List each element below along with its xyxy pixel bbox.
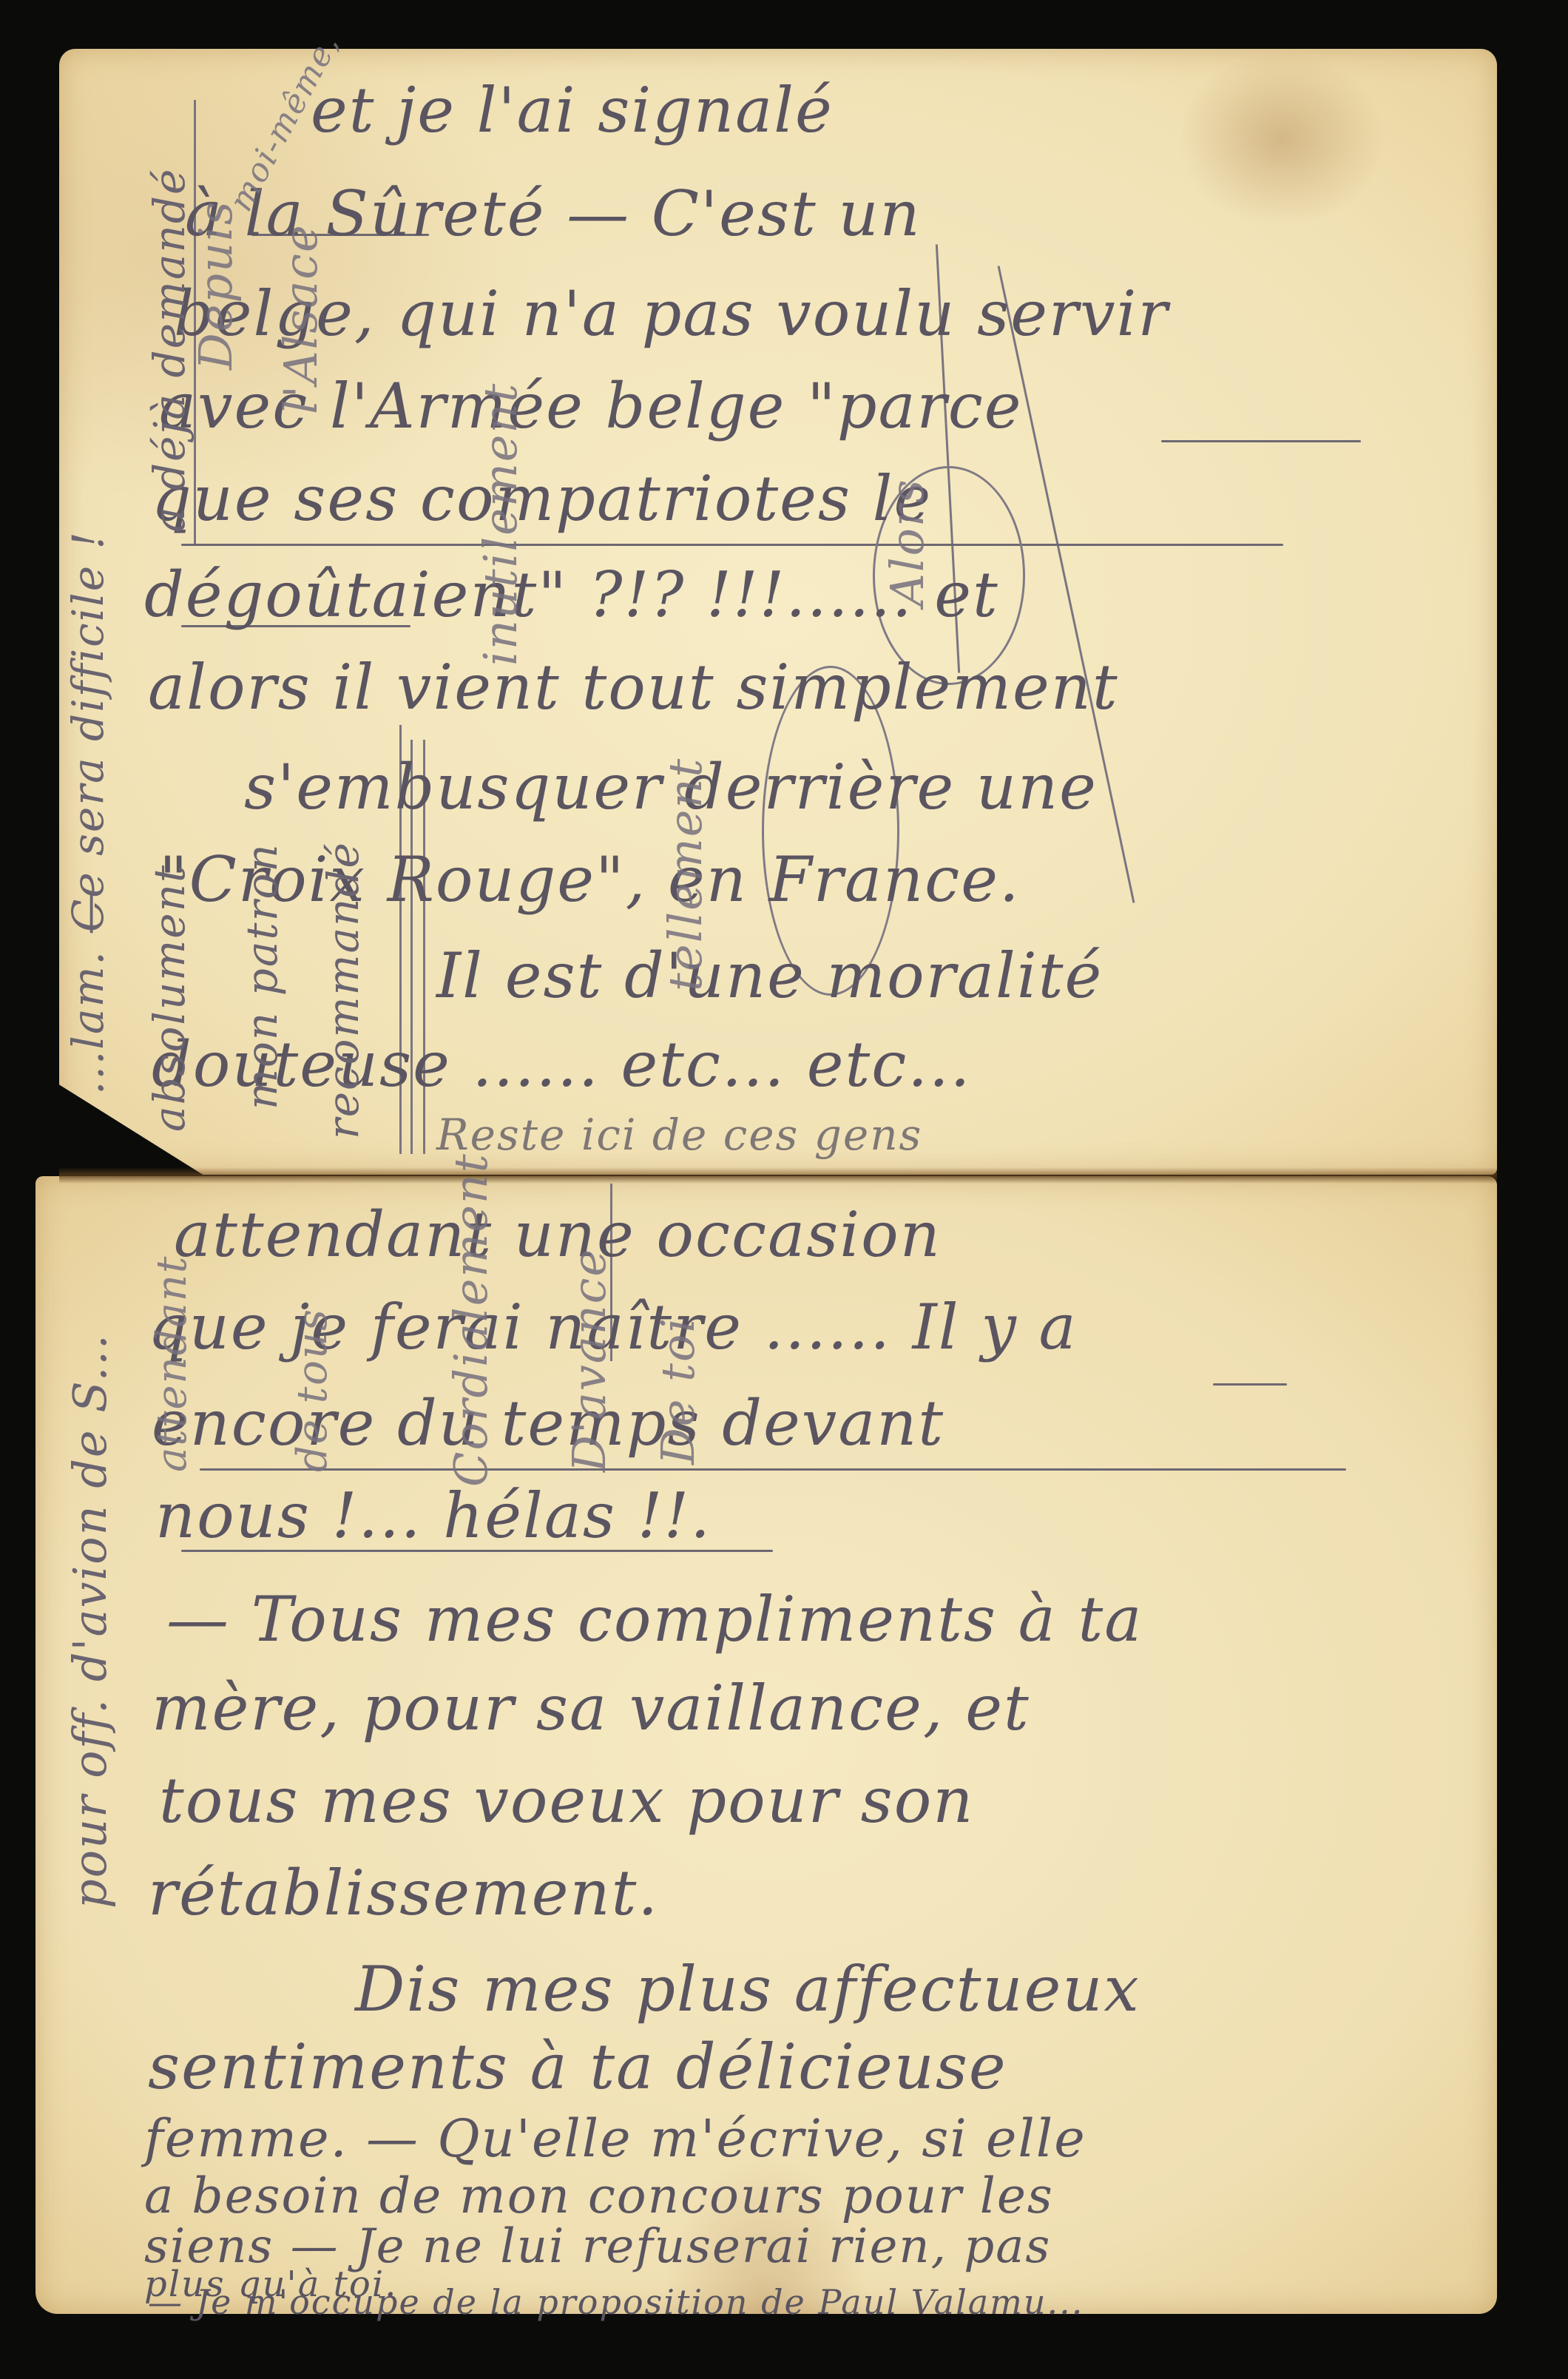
letter-line: Il est d'une moralité xyxy=(436,939,1103,1012)
cross-written-vertical: D'avance xyxy=(562,1248,616,1472)
cross-written-vertical: inutilement xyxy=(473,382,527,666)
letter-line-signature: — Je m'occupe de la proposition de Paul … xyxy=(148,2282,1084,2322)
cross-written-vertical: Depuis xyxy=(189,200,243,370)
cross-written-vertical: tellement xyxy=(658,757,712,991)
letter-line: "Croix Rouge", en France. xyxy=(159,843,1021,916)
margin-note-vertical: pour off. d'avion de S... xyxy=(63,1333,117,1909)
letter-line: que ses compatriotes le xyxy=(152,462,932,535)
underline xyxy=(181,544,1283,546)
cross-written-vertical: l'Alsace xyxy=(274,223,328,414)
letter-line: mère, pour sa vaillance, et xyxy=(152,1672,1030,1744)
letter-line: dégoûtaient" ?!? !!!...... et xyxy=(144,559,999,631)
letter-line: a besoin de mon concours pour les xyxy=(144,2167,1054,2224)
margin-note-vertical: Ce sera difficile ! xyxy=(63,530,113,932)
margin-note-vertical: mon patron xyxy=(237,843,287,1110)
cross-written-vertical: De toi xyxy=(651,1317,705,1465)
letter-line: Dis mes plus affectueux xyxy=(355,1953,1140,2025)
underline xyxy=(1213,1383,1287,1386)
letter-line: encore du temps devant xyxy=(152,1387,944,1460)
letter-line-partial: Reste ici de ces gens xyxy=(436,1110,922,1160)
letter-line: tous mes voeux pour son xyxy=(159,1764,974,1837)
letter-line: rétablissement. xyxy=(148,1857,659,1929)
margin-note-vertical: recommandé xyxy=(318,841,368,1139)
margin-note-vertical: absolument xyxy=(144,864,195,1132)
letter-line: — Tous mes compliments à ta xyxy=(166,1583,1143,1656)
cross-written-vertical: attendant xyxy=(148,1255,196,1472)
underline xyxy=(200,1468,1346,1471)
cross-written-vertical: de tous xyxy=(288,1308,337,1472)
letter-line: nous !... hélas !!. xyxy=(155,1479,712,1552)
letter-line: sentiments à ta délicieuse xyxy=(148,2031,1007,2103)
cross-written-vertical: Alors xyxy=(880,479,934,607)
letter-line: femme. — Qu'elle m'écrive, si elle xyxy=(144,2108,1087,2169)
cross-written-vertical: Cordialement xyxy=(444,1153,498,1487)
letter-line: alors il vient tout simplement xyxy=(148,651,1119,723)
letter-line: attendant une occasion xyxy=(174,1198,942,1271)
fold-crease xyxy=(59,1167,1497,1184)
letter-line: et je l'ai signalé xyxy=(311,74,834,146)
underline xyxy=(1161,440,1361,442)
margin-note-vertical: a déjà demandé xyxy=(144,168,195,533)
